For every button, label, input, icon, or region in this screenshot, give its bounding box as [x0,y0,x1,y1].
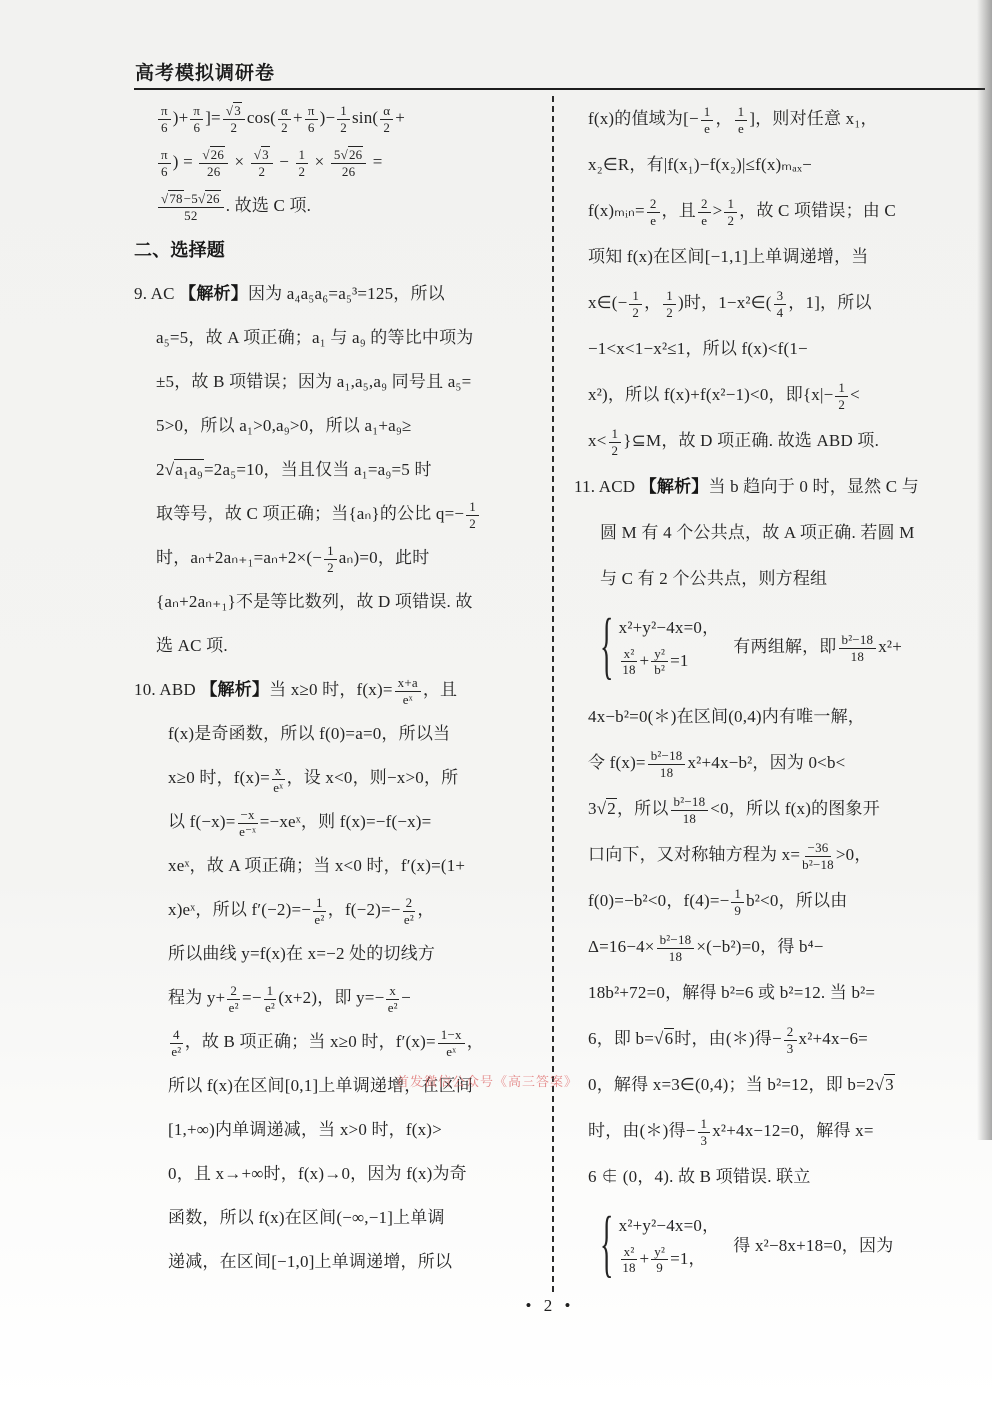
answer-line: π6) = √2626 × √32 − 12 × 5√2626 = [156,140,546,184]
answer-line: x≥0 时，f(x)=xeˣ，设 x<0，则−x>0，所 [168,756,546,800]
answer-line: x<12}⊆M，故 D 项正确. 故选 ABD 项. [588,418,966,464]
fraction: 2e [647,197,660,227]
answer-line: [1,+∞)内单调递减，当 x>0 时，f(x)> [168,1108,546,1152]
left-column: π6)+π6]=√32cos(α2+π6)−12sin(α2+π6) = √26… [134,96,546,1292]
fraction: 12 [296,148,309,178]
answer-line: 11. ACD 【解析】当 b 趋向于 0 时，显然 C 与 [574,464,966,510]
fraction: x²18 [621,647,638,677]
fraction: 2e² [403,896,416,926]
fraction: 12 [324,544,337,574]
fraction: b²−1818 [671,795,709,825]
page-header-title: 高考模拟调研卷 [135,58,275,85]
fraction: 1e [735,105,748,135]
scan-edge-shadow [977,0,992,1140]
fraction: π6 [158,148,171,178]
fraction: xe² [386,984,399,1014]
answer-line: 2√a₁a₉=2a₅=10，当且仅当 a₁=a₉=5 时 [156,448,546,492]
answer-line: {aₙ+2aₙ₊₁}不是等比数列，故 D 项错误. 故 [156,580,546,624]
answer-line: 项知 f(x)在区间[−1,1]上单调递增，当 [588,234,966,280]
fraction: 2e² [227,984,240,1014]
fraction: y²b² [651,647,668,677]
system-equations: x²+y²−4x=0，x²18+y²b²=1 [619,619,720,677]
header-rule [134,88,985,90]
fraction: 1e² [264,984,277,1014]
answer-line: f(x)ₘᵢₙ=2e，且2e>12，故 C 项错误；由 C [588,188,966,234]
answer-line: 与 C 有 2 个公共点，则方程组 [600,556,966,602]
fraction: y²9 [651,1245,668,1275]
fraction: 1e [701,105,714,135]
system-brace: { [600,1201,614,1292]
fraction: −xe⁻ˣ [238,808,258,838]
answer-line: 3√2，所以b²−1818<0，所以 f(x)的图象开 [588,786,966,832]
watermark-text: 首发微信公众号《高三答案》 [396,1071,578,1090]
fraction: 34 [774,289,787,319]
fraction: 4e² [170,1028,183,1058]
fraction: b²−1818 [648,749,686,779]
answer-line: 9. AC 【解析】因为 a₄a₅a₆=a₅³=125，所以 [134,272,546,316]
answer-line: 以 f(−x)=−xe⁻ˣ=−xeˣ，则 f(x)=−f(−x)= [168,800,546,844]
content-columns: π6)+π6]=√32cos(α2+π6)−12sin(α2+π6) = √26… [134,96,966,1292]
fraction: −36b²−18 [802,841,834,871]
answer-line: √78−5√2652. 故选 C 项. [156,184,546,228]
right-column: f(x)的值域为[−1e，1e]，则对任意 x₁，x₂∈R，有|f(x₁)−f(… [574,96,966,1292]
answer-line: 令 f(x)=b²−1818x²+4x−b²，因为 0<b< [588,740,966,786]
fraction: √32 [251,148,273,178]
answer-line: 时，aₙ+2aₙ₊₁=aₙ+2×(−12aₙ)=0，此时 [156,536,546,580]
fraction: √78−5√2652 [158,192,224,222]
answer-line: ±5，故 B 项错误；因为 a₁,a₅,a₉ 同号且 a₅= [156,360,546,404]
fraction: b²−1818 [839,633,877,663]
system-brace: { [600,603,614,694]
answer-line: 4e²，故 B 项正确；当 x≥0 时，f′(x)=1−xeˣ， [168,1020,546,1064]
answer-line: π6)+π6]=√32cos(α2+π6)−12sin(α2+ [156,96,546,140]
answer-line: 函数，所以 f(x)在区间(−∞,−1]上单调 [168,1196,546,1240]
answer-line: f(x)是奇函数，所以 f(0)=a=0，所以当 [168,712,546,756]
fraction: π6 [190,104,203,134]
answer-line: x∈(−12，12)时，1−x²∈(34，1]，所以 [588,280,966,326]
answer-line: 口向下，又对称轴方程为 x=−36b²−18>0， [588,832,966,878]
fraction: 12 [466,500,479,530]
answer-line: xeˣ，故 A 项正确；当 x<0 时，f′(x)=(1+ [168,844,546,888]
fraction: 12 [337,104,350,134]
fraction: 1−xeˣ [438,1028,465,1058]
system-equations: x²+y²−4x=0，x²18+y²9=1， [619,1217,720,1275]
fraction: α2 [278,104,291,134]
fraction: 1e² [313,896,326,926]
answer-line: 圆 M 有 4 个公共点，故 A 项正确. 若圆 M [600,510,966,556]
answer-line: x₂∈R，有|f(x₁)−f(x₂)|≤f(x)ₘₐₓ− [588,142,966,188]
fraction: 12 [629,289,642,319]
fraction: α2 [380,104,393,134]
fraction: b²−1818 [657,933,695,963]
answer-line: f(x)的值域为[−1e，1e]，则对任意 x₁， [588,96,966,142]
answer-line: 5>0，所以 a₁>0,a₉>0，所以 a₁+a₉≥ [156,404,546,448]
fraction: 23 [784,1025,797,1055]
page-number: • 2 • [134,1296,966,1316]
scanned-answer-page: 高考模拟调研卷 π6)+π6]=√32cos(α2+π6)−12sin(α2+π… [0,0,992,1403]
answer-line: 取等号，故 C 项正确；当{aₙ}的公比 q=−12 [156,492,546,536]
answer-line: f(0)=−b²<0，f(4)=−19b²<0，所以由 [588,878,966,924]
fraction: π6 [158,104,171,134]
answer-line: 6，即 b=√6时，由(＊)得−23x²+4x−6= [588,1016,966,1062]
column-divider [552,96,554,1292]
fraction: 13 [698,1117,711,1147]
answer-line: a₅=5，故 A 项正确；a₁ 与 a₉ 的等比中项为 [156,316,546,360]
answer-line: 18b²+72=0，解得 b²=6 或 b²=12. 当 b²= [588,970,966,1016]
equation-system-line: {x²+y²−4x=0，x²18+y²b²=1有两组解，即b²−1818x²+ [600,602,966,694]
fraction: 2e [698,197,711,227]
answer-line: −1<x<1−x²≤1，所以 f(x)<f(1− [588,326,966,372]
fraction: x+aeˣ [395,676,421,706]
analysis-label: 【解析】 [200,680,269,699]
answer-line: 程为 y+2e²=−1e²(x+2)，即 y=−xe²− [168,976,546,1020]
analysis-label: 【解析】 [640,477,709,496]
answer-line: 所以曲线 y=f(x)在 x=−2 处的切线方 [168,932,546,976]
section-heading: 二、选择题 [134,228,546,272]
answer-line: 10. ABD 【解析】当 x≥0 时，f(x)=x+aeˣ，且 [134,668,546,712]
fraction: x²18 [621,1245,638,1275]
answer-line: 6 ∉ (0，4). 故 B 项错误. 联立 [588,1154,966,1200]
answer-line: 0，解得 x=3∈(0,4)；当 b²=12，即 b=2√3 [588,1062,966,1108]
fraction: 5√2626 [331,148,366,178]
answer-line: 0，且 x→+∞时，f(x)→0，因为 f(x)为奇 [168,1152,546,1196]
answer-line: 4x−b²=0(＊)在区间(0,4)内有唯一解， [588,694,966,740]
answer-line: 选 AC 项. [156,624,546,668]
answer-line: x²)，所以 f(x)+f(x²−1)<0，即{x|−12< [588,372,966,418]
fraction: 19 [731,887,744,917]
equation-system-line: {x²+y²−4x=0，x²18+y²9=1，得 x²−8x+18=0，因为 [600,1200,966,1292]
answer-line: 递减，在区间[−1,0]上单调递增，所以 [168,1240,546,1284]
fraction: 12 [663,289,676,319]
answer-line: x)eˣ，所以 f′(−2)=−1e²，f(−2)=−2e²， [168,888,546,932]
fraction: 12 [724,197,737,227]
fraction: xeˣ [272,764,285,794]
fraction: √32 [223,104,245,134]
answer-line: Δ=16−4×b²−1818×(−b²)=0，得 b⁴− [588,924,966,970]
fraction: 12 [835,381,848,411]
answer-line: 时，由(＊)得−13x²+4x−12=0，解得 x= [588,1108,966,1154]
fraction: π6 [305,104,318,134]
fraction: √2626 [199,148,228,178]
analysis-label: 【解析】 [179,284,248,303]
fraction: 12 [609,427,622,457]
